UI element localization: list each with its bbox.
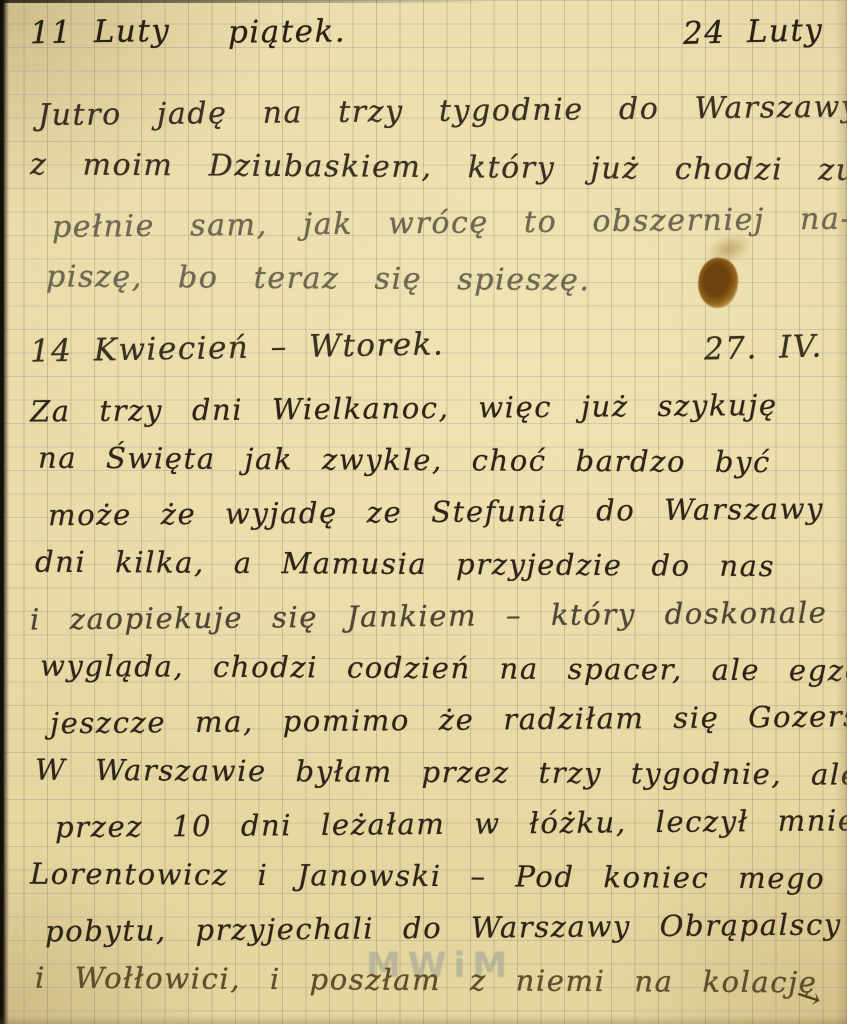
scan-edge-bottom [0, 1015, 847, 1024]
handwritten-line: wygląda, chodzi codzień na spacer, ale e… [30, 640, 823, 697]
entry-date-right: 24 Luty [682, 12, 823, 52]
handwritten-line: piszę, bo teraz się spieszę. [30, 249, 823, 311]
handwritten-line: pełnie sam, jak wrócę to obszerniej na- [30, 192, 824, 256]
entry-day-label: piątek. [228, 13, 346, 50]
handwritten-line: może że wyjadę ze Stefunią do Warszawy n… [30, 483, 823, 542]
handwritten-line: pobytu, przyjechali do Warszawy Obrąpals… [30, 899, 823, 958]
handwritten-line: W Warszawie byłam przez trzy tygodnie, a… [30, 744, 823, 801]
scan-edge-top [0, 0, 491, 3]
handwritten-line: i zaopiekuje się Jankiem – który doskona… [30, 587, 823, 646]
entry-body: Jutro jadę na trzy tygodnie do Warszawyz… [30, 84, 823, 308]
handwritten-line: dni kilka, a Mamusia przyjedzie do nas [30, 536, 823, 593]
handwritten-line: z moim Dziubaskiem, który już chodzi zu- [30, 137, 823, 199]
diary-scan-page: MWiM 11 Luty piątek. 24 Luty Jutro jadę … [0, 0, 847, 1024]
scan-edge-right [835, 0, 847, 1024]
handwritten-line: Lorentowicz i Janowski – Pod koniec mego [30, 848, 823, 905]
entry-header: 11 Luty piątek. 24 Luty [30, 14, 823, 50]
scan-edge-left [0, 0, 9, 1024]
handwritten-line: Jutro jadę na trzy tygodnie do Warszawy [30, 80, 824, 144]
entry-date: 11 Luty [30, 13, 171, 51]
diary-entry-april: 14 Kwiecień – Wtorek. 27. IV. Za trzy dn… [30, 330, 823, 1006]
entry-body: Za trzy dni Wielkanoc, więc już szykujęn… [30, 382, 823, 1006]
handwritten-line: przez 10 dni leżałam w łóżku, leczył mni… [30, 795, 823, 854]
handwritten-line: jeszcze ma, pomimo że radziłam się Gozer… [30, 691, 823, 750]
entry-header: 14 Kwiecień – Wtorek. 27. IV. [30, 330, 823, 366]
diary-entry-february: 11 Luty piątek. 24 Luty Jutro jadę na tr… [30, 14, 823, 308]
entry-date-right: 27. IV. [704, 328, 824, 367]
handwritten-line: i Wołłowici, i poszłam z niemi na kolacj… [30, 952, 823, 1009]
handwritten-line: na Święta jak zwykle, choć bardzo być [30, 432, 823, 489]
entry-date: 14 Kwiecień – Wtorek. [30, 326, 445, 369]
handwritten-line: Za trzy dni Wielkanoc, więc już szykuję [30, 379, 823, 438]
